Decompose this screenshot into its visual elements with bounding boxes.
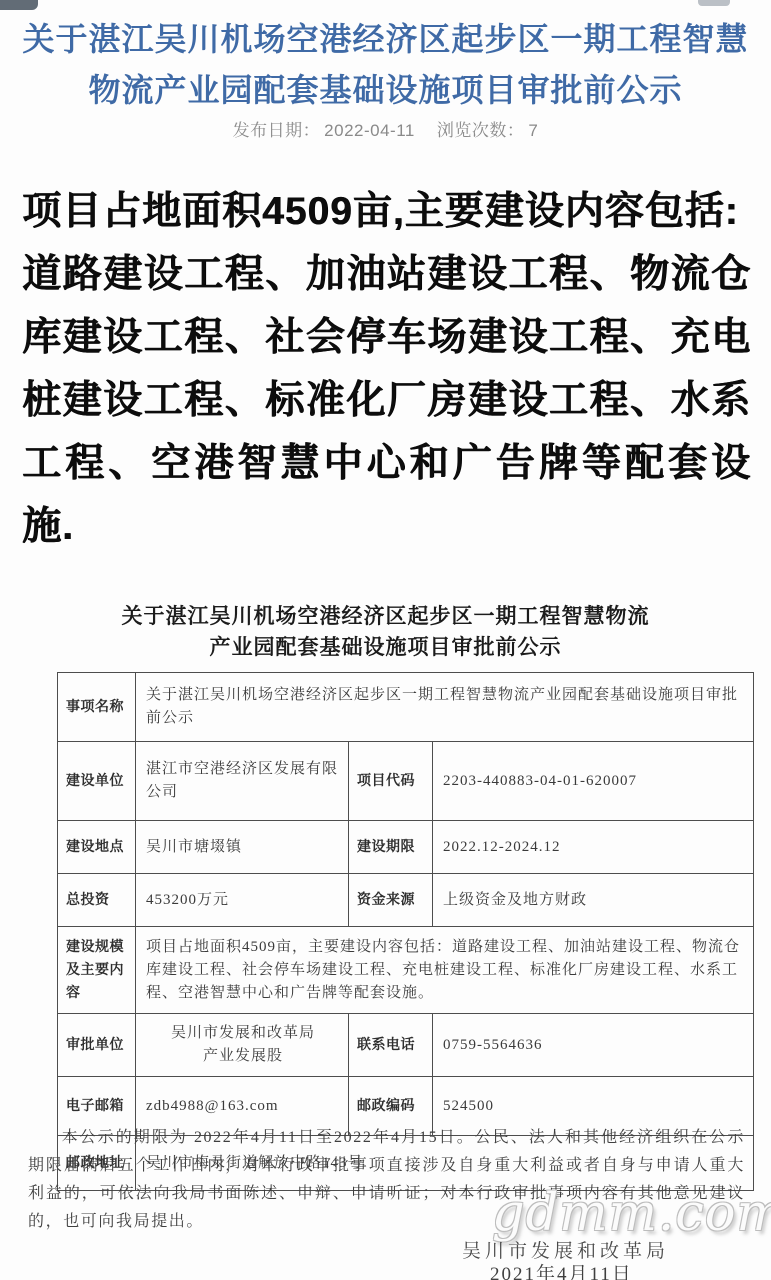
label-item-name: 事项名称 [58, 673, 136, 742]
views-value: 7 [528, 121, 538, 140]
project-info-table: 事项名称 关于湛江吴川机场空港经济区起步区一期工程智慧物流产业园配套基础设施项目… [57, 672, 754, 1191]
value-item-name: 关于湛江吴川机场空港经济区起步区一期工程智慧物流产业园配套基础设施项目审批前公示 [136, 673, 754, 742]
label-location: 建设地点 [58, 821, 136, 874]
table-title: 关于湛江吴川机场空港经济区起步区一期工程智慧物流 产业园配套基础设施项目审批前公… [0, 601, 771, 663]
table-row-scale: 建设规模及主要内容 项目占地面积4509亩，主要建设内容包括：道路建设工程、加油… [58, 927, 754, 1014]
table-row-approver: 审批单位 吴川市发展和改革局 产业发展股 联系电话 0759-5564636 [58, 1014, 754, 1077]
views-label: 浏览次数： [437, 121, 525, 140]
label-contact-phone: 联系电话 [349, 1014, 433, 1077]
label-total-investment: 总投资 [58, 874, 136, 927]
label-scale-content: 建设规模及主要内容 [58, 927, 136, 1014]
value-project-code: 2203-440883-04-01-620007 [433, 742, 754, 821]
publish-date-label: 发布日期： [233, 121, 321, 140]
value-location: 吴川市塘㙍镇 [136, 821, 349, 874]
photo-artifact-top-right [698, 0, 730, 6]
notice-paragraph: 本公示的期限为 2022年4月11日至2022年4月15日。公民、法人和其他经济… [28, 1124, 745, 1236]
publish-date-value: 2022-04-11 [324, 121, 415, 140]
announcement-page: 关于湛江吴川机场空港经济区起步区一期工程智慧 物流产业园配套基础设施项目审批前公… [0, 0, 771, 1280]
value-approval-unit: 吴川市发展和改革局 产业发展股 [136, 1014, 349, 1077]
page-title-line1: 关于湛江吴川机场空港经济区起步区一期工程智慧 [0, 14, 771, 65]
label-approval-unit: 审批单位 [58, 1014, 136, 1077]
value-builder: 湛江市空港经济区发展有限公司 [136, 742, 349, 821]
page-title-line2: 物流产业园配套基础设施项目审批前公示 [0, 65, 771, 116]
table-row-investment: 总投资 453200万元 资金来源 上级资金及地方财政 [58, 874, 754, 927]
table-title-line1: 关于湛江吴川机场空港经济区起步区一期工程智慧物流 [0, 601, 771, 632]
project-summary-paragraph: 项目占地面积4509亩,主要建设内容包括: 道路建设工程、加油站建设工程、物流仓… [22, 180, 751, 558]
summary-intro: 项目占地面积4509亩,主要建设内容包括: [22, 180, 751, 243]
value-total-investment: 453200万元 [136, 874, 349, 927]
table-row-location: 建设地点 吴川市塘㙍镇 建设期限 2022.12-2024.12 [58, 821, 754, 874]
table-row-builder: 建设单位 湛江市空港经济区发展有限公司 项目代码 2203-440883-04-… [58, 742, 754, 821]
table-title-line2: 产业园配套基础设施项目审批前公示 [0, 632, 771, 663]
signature-date: 2021年4月11日 [490, 1259, 633, 1280]
value-scale-content: 项目占地面积4509亩，主要建设内容包括：道路建设工程、加油站建设工程、物流仓库… [136, 927, 754, 1014]
value-funding-source: 上级资金及地方财政 [433, 874, 754, 927]
label-funding-source: 资金来源 [349, 874, 433, 927]
photo-artifact-top-left [0, 0, 38, 10]
table-row-item-name: 事项名称 关于湛江吴川机场空港经济区起步区一期工程智慧物流产业园配套基础设施项目… [58, 673, 754, 742]
value-contact-phone: 0759-5564636 [433, 1014, 754, 1077]
publish-meta: 发布日期：2022-04-11浏览次数：7 [0, 116, 771, 141]
label-builder: 建设单位 [58, 742, 136, 821]
label-build-period: 建设期限 [349, 821, 433, 874]
page-title: 关于湛江吴川机场空港经济区起步区一期工程智慧 物流产业园配套基础设施项目审批前公… [0, 14, 771, 116]
summary-items: 道路建设工程、加油站建设工程、物流仓库建设工程、社会停车场建设工程、充电桩建设工… [22, 243, 751, 558]
label-project-code: 项目代码 [349, 742, 433, 821]
value-build-period: 2022.12-2024.12 [433, 821, 754, 874]
